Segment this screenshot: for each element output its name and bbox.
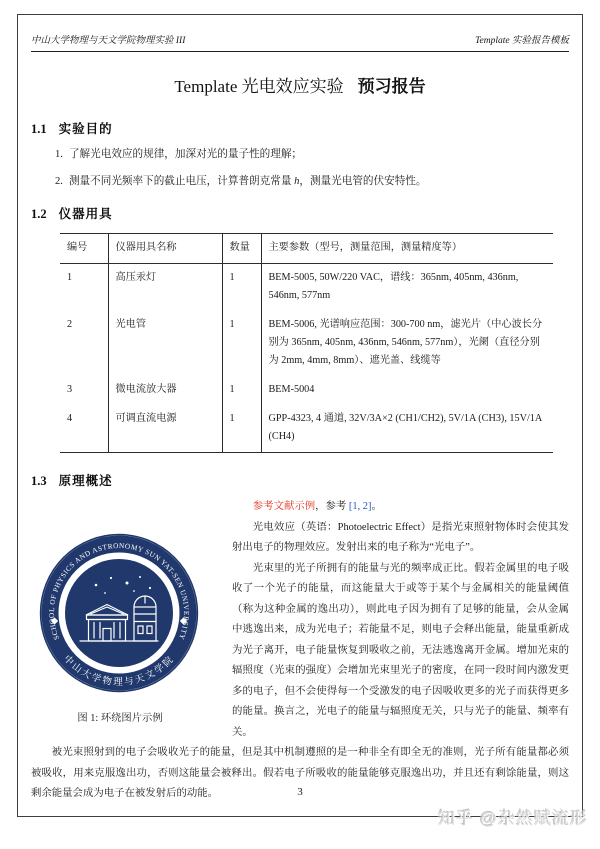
list-item: 1.了解光电效应的规律，加深对光的量子性的理解； <box>55 145 569 165</box>
col-header-qty: 数量 <box>222 234 261 264</box>
list-item-text-post: ，测量光电管的伏安特性。 <box>299 176 426 187</box>
list-item: 2.测量不同光频率下的截止电压，计算普朗克常量 h，测量光电管的伏安特性。 <box>55 172 569 192</box>
section-title: 原理概述 <box>59 474 113 488</box>
col-header-name: 仪器用具名称 <box>108 234 222 264</box>
cell-qty: 1 <box>222 264 261 312</box>
principle-body: SCHOOL OF PHYSICS AND ASTRONOMY SUN YAT-… <box>31 497 569 805</box>
cell-params: BEM-5006, 光谱响应范围：300-700 nm，滤光片（中心波长分别为 … <box>261 311 553 376</box>
instrument-table: 编号 仪器用具名称 数量 主要参数（型号，测量范围，测量精度等） 1 高压汞灯 … <box>60 233 553 453</box>
zhihu-watermark: 知乎 @杂然赋流形 <box>438 804 588 829</box>
figure-float: SCHOOL OF PHYSICS AND ASTRONOMY SUN YAT-… <box>31 497 232 729</box>
title-subtitle: 预习报告 <box>358 77 426 96</box>
header-left-course: 中山大学物理与天文学院物理实验 III <box>31 32 185 46</box>
cell-name: 光电管 <box>108 311 222 376</box>
citation-link[interactable]: [1, 2] <box>349 501 372 512</box>
section-heading-instruments: 1.2仪器用具 <box>31 204 569 222</box>
cell-qty: 1 <box>222 405 261 453</box>
cell-name: 高压汞灯 <box>108 264 222 312</box>
report-page: 中山大学物理与天文学院物理实验 III Template 实验报告模板 Temp… <box>0 0 600 849</box>
cell-name: 微电流放大器 <box>108 376 222 405</box>
university-seal-logo: SCHOOL OF PHYSICS AND ASTRONOMY SUN YAT-… <box>39 533 199 693</box>
section-heading-objectives: 1.1实验目的 <box>31 119 569 137</box>
table-row: 3 微电流放大器 1 BEM-5004 <box>60 376 553 405</box>
cell-params: GPP-4323, 4 通道, 32V/3A×2 (CH1/CH2), 5V/1… <box>261 405 553 453</box>
objectives-list: 1.了解光电效应的规律，加深对光的量子性的理解； 2.测量不同光频率下的截止电压… <box>31 145 569 192</box>
section-number: 1.3 <box>31 474 47 488</box>
seal-inner-disc <box>65 559 173 667</box>
cell-qty: 1 <box>222 376 261 405</box>
cell-id: 1 <box>60 264 108 312</box>
list-item-number: 1. <box>55 149 63 160</box>
reference-end-text: 。 <box>371 501 381 512</box>
page-content: 中山大学物理与天文学院物理实验 III Template 实验报告模板 Temp… <box>31 32 569 805</box>
section-number: 1.2 <box>31 207 47 221</box>
cell-params: BEM-5004 <box>261 376 553 405</box>
table-row: 2 光电管 1 BEM-5006, 光谱响应范围：300-700 nm，滤光片（… <box>60 311 553 376</box>
cell-id: 4 <box>60 405 108 453</box>
cell-id: 3 <box>60 376 108 405</box>
table-row: 1 高压汞灯 1 BEM-5005, 50W/220 VAC，谱线：365nm,… <box>60 264 553 312</box>
title-main: Template 光电效应实验 <box>174 77 343 96</box>
section-title: 仪器用具 <box>59 207 113 221</box>
section-number: 1.1 <box>31 122 47 136</box>
figure-caption: 图 1: 环绕图片示例 <box>31 709 209 730</box>
section-heading-principle: 1.3原理概述 <box>31 471 569 489</box>
col-header-id: 编号 <box>60 234 108 264</box>
page-number: 3 <box>0 786 600 798</box>
reference-mid-text: ，参考 <box>315 501 349 512</box>
section-title: 实验目的 <box>59 122 113 136</box>
cell-qty: 1 <box>222 311 261 376</box>
cell-name: 可调直流电源 <box>108 405 222 453</box>
reference-example-red-text: 参考文献示例 <box>253 501 315 512</box>
list-item-text: 了解光电效应的规律，加深对光的量子性的理解； <box>69 149 302 160</box>
header-right-template: Template 实验报告模板 <box>475 32 569 46</box>
table-header-row: 编号 仪器用具名称 数量 主要参数（型号，测量范围，测量精度等） <box>60 234 553 264</box>
document-title: Template 光电效应实验预习报告 <box>31 72 569 97</box>
cell-params: BEM-5005, 50W/220 VAC，谱线：365nm, 405nm, 4… <box>261 264 553 312</box>
table-row: 4 可调直流电源 1 GPP-4323, 4 通道, 32V/3A×2 (CH1… <box>60 405 553 453</box>
running-header: 中山大学物理与天文学院物理实验 III Template 实验报告模板 <box>31 32 569 52</box>
list-item-number: 2. <box>55 176 63 187</box>
list-item-text-pre: 测量不同光频率下的截止电压，计算普朗克常量 <box>69 176 294 187</box>
cell-id: 2 <box>60 311 108 376</box>
col-header-params: 主要参数（型号，测量范围，测量精度等） <box>261 234 553 264</box>
